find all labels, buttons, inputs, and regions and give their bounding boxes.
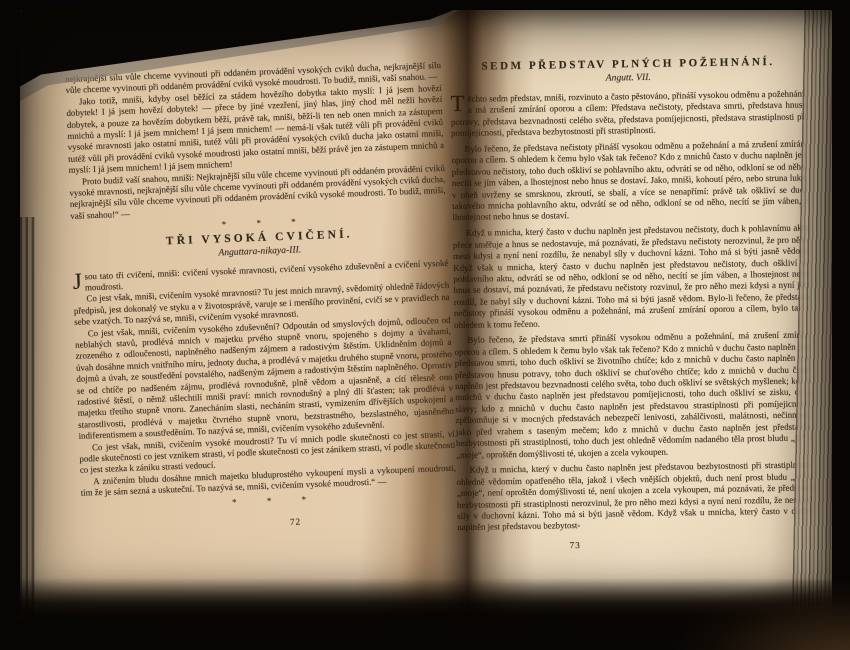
open-book: nejkrajnější sílu vůle chceme vyvinouti … [20, 10, 832, 618]
paragraph: Těchto sedm představ, mniši, rozvinuto a… [450, 88, 807, 139]
paragraph: Když u mnicha, který v duchu často napln… [456, 460, 813, 534]
left-page-section-text: Jsou tato tři cvičení, mniši: cvičení vy… [72, 257, 456, 499]
bottom-shadow [20, 578, 832, 618]
paragraph: Bylo řečeno, že představa nečistoty přin… [451, 138, 808, 223]
book-photograph: nejkrajnější sílu vůle chceme vyvinouti … [0, 0, 850, 650]
paragraph: Jako totiž, mniši, kdyby osel běžící za … [66, 83, 445, 177]
left-edge-page-stack [20, 217, 35, 618]
left-page-number: 72 [82, 511, 458, 537]
paragraph: Co jest však, mniši, cvičením vysokého z… [75, 314, 455, 442]
right-page-section-text: Těchto sedm představ, mniši, rozvinuto a… [450, 88, 813, 534]
paragraph: Bylo řečeno, že představa smrti přináší … [454, 330, 812, 461]
paragraph: Když u mnicha, který často v duchu napln… [453, 223, 811, 331]
left-page-continuation-text: nejkrajnější sílu vůle chceme vyvinouti … [65, 60, 446, 222]
right-page-number: 73 [458, 536, 814, 553]
right-page: SEDM PŘEDSTAV PLNÝCH POŽEHNÁNÍ. Angutt. … [450, 56, 814, 553]
left-page: nejkrajnější sílu vůle chceme vyvinouti … [65, 60, 458, 536]
